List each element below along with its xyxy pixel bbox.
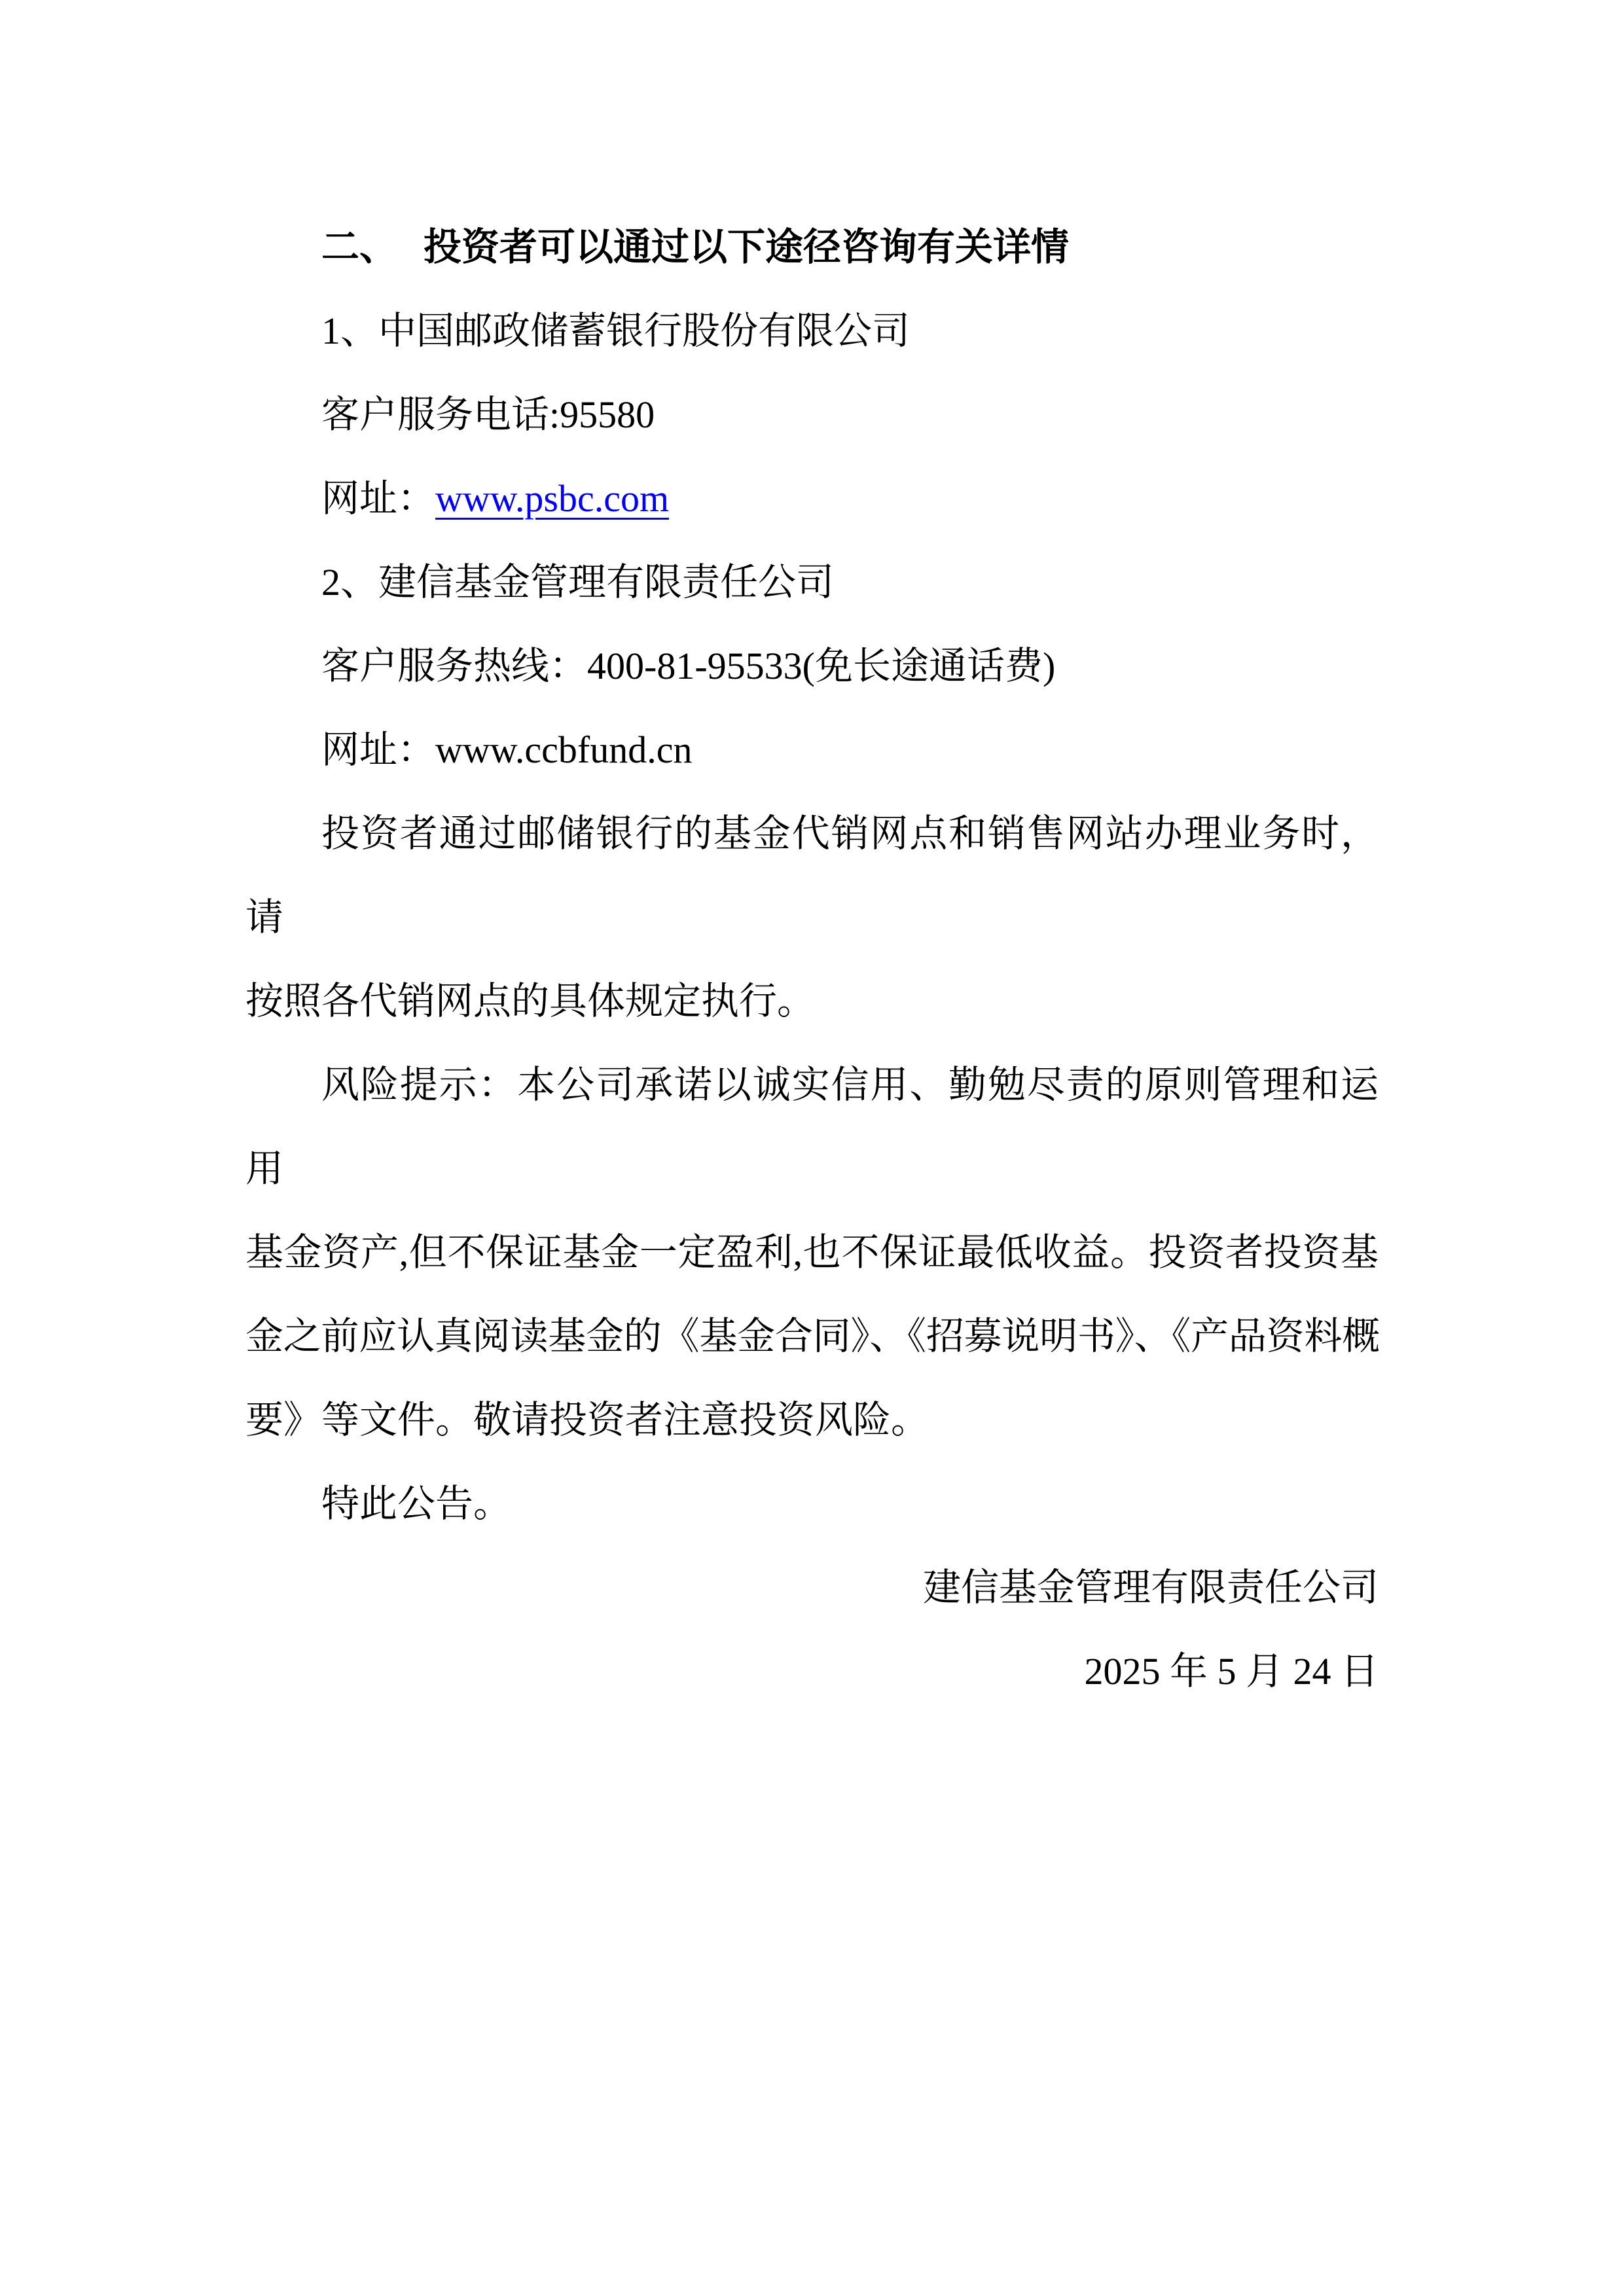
channel1-name: 1、中国邮政储蓄银行股份有限公司 (245, 289, 1379, 373)
channel1-phone: 客户服务电话:95580 (245, 373, 1379, 457)
risk-paragraph-line-4: 要》等文件。敬请投资者注意投资风险。 (245, 1378, 1379, 1462)
channel2-website-url: www.ccbfund.cn (435, 728, 692, 771)
channel1-website-link[interactable]: www.psbc.com (435, 477, 669, 520)
channel2-website-line: 网址：www.ccbfund.cn (245, 708, 1379, 792)
channel2-hotline: 客户服务热线：400-81-95533(免长途通话费) (245, 624, 1379, 708)
risk-paragraph-line-1: 风险提示：本公司承诺以诚实信用、勤勉尽责的原则管理和运用 (245, 1043, 1379, 1211)
risk-paragraph-line-3: 金之前应认真阅读基金的《基金合同》、《招募说明书》、《产品资料概 (245, 1295, 1379, 1378)
risk-paragraph-line-2: 基金资产,但不保证基金一定盈利,也不保证最低收益。投资者投资基 (245, 1211, 1379, 1295)
section-heading-title: 投资者可以通过以下途径咨询有关详情 (424, 226, 1069, 268)
section-heading: 二、投资者可以通过以下途径咨询有关详情 (245, 206, 1379, 289)
signature-date: 2025 年 5 月 24 日 (245, 1630, 1379, 1713)
notice-paragraph-line-1: 投资者通过邮储银行的基金代销网点和销售网站办理业务时，请 (245, 792, 1379, 960)
channel2-website-label: 网址： (321, 728, 435, 771)
announcement-content: 二、投资者可以通过以下途径咨询有关详情 1、中国邮政储蓄银行股份有限公司 客户服… (245, 206, 1379, 1713)
notice-paragraph-line-2: 按照各代销网点的具体规定执行。 (245, 960, 1379, 1043)
signature-company: 建信基金管理有限责任公司 (245, 1546, 1379, 1630)
section-heading-number: 二、 (321, 226, 397, 268)
channel2-name: 2、建信基金管理有限责任公司 (245, 541, 1379, 624)
announcement-page: 二、投资者可以通过以下途径咨询有关详情 1、中国邮政储蓄银行股份有限公司 客户服… (0, 0, 1624, 2296)
channel1-website-label: 网址： (321, 477, 435, 520)
channel1-website-line: 网址：www.psbc.com (245, 457, 1379, 541)
closing-statement: 特此公告。 (245, 1462, 1379, 1546)
